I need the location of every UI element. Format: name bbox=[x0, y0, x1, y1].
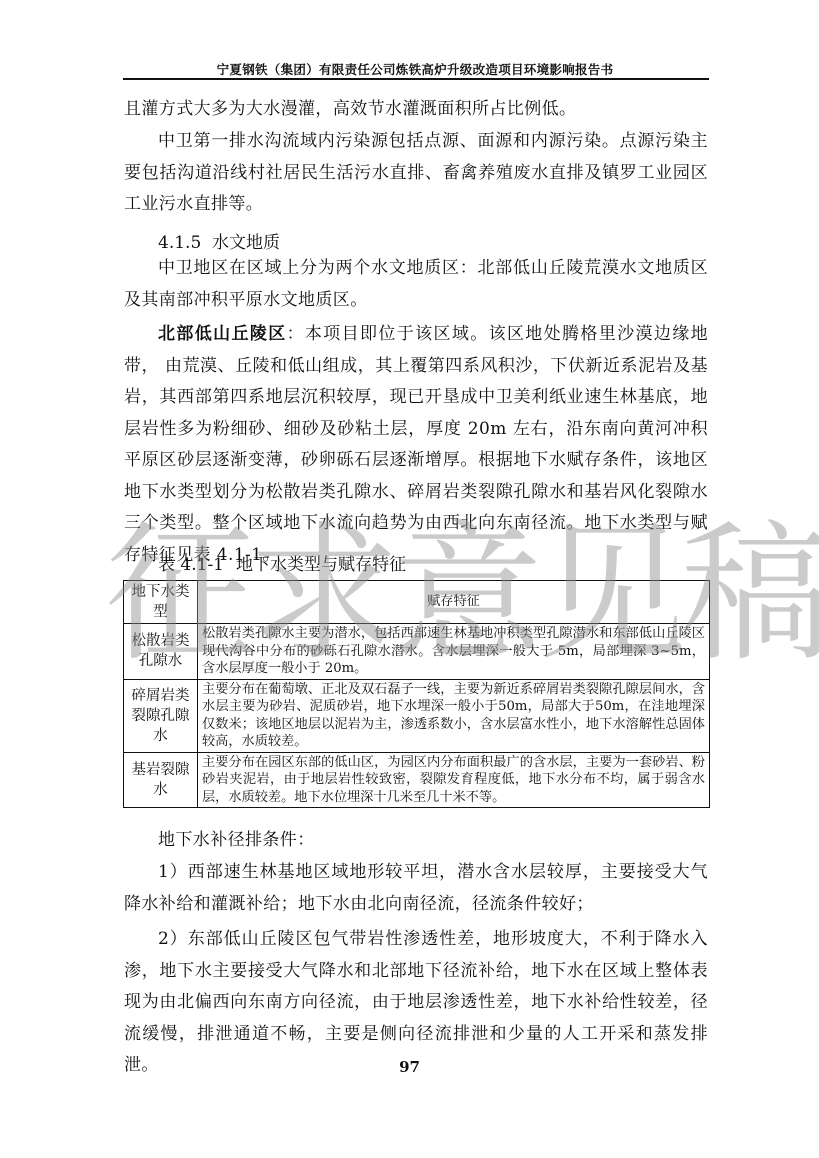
cell-type: 基岩裂隙水 bbox=[124, 752, 198, 808]
cell-feature: 主要分布在园区东部的低山区，为园区内分布面积最广的含水层，主要为一套砂岩、粉砂岩… bbox=[198, 752, 710, 808]
header-feature: 赋存特征 bbox=[198, 581, 710, 624]
table-caption: 表 4.1-1地下水类型与赋存特征 bbox=[158, 550, 406, 575]
table-caption-title: 地下水类型与赋存特征 bbox=[236, 555, 406, 575]
header-rule bbox=[123, 78, 709, 80]
table-row: 基岩裂隙水 主要分布在园区东部的低山区，为园区内分布面积最广的含水层，主要为一套… bbox=[124, 752, 710, 808]
paragraph-pollution-sources: 中卫第一排水沟流域内污染源包括点源、面源和内源污染。点源污染主要包括沟道沿线村社… bbox=[124, 126, 708, 221]
groundwater-table: 地下水类型 赋存特征 松散岩类孔隙水 松散岩类孔隙水主要为潜水，包括西部速生林基… bbox=[123, 580, 710, 808]
paragraph-recharge-heading: 地下水补径排条件： bbox=[124, 825, 708, 857]
table-caption-number: 表 4.1-1 bbox=[158, 550, 236, 575]
header-type: 地下水类型 bbox=[124, 581, 198, 624]
paragraph-body: ：本项目即位于该区域。该区地处腾格里沙漠边缘地带， 由荒漠、丘陵和低山组成，其上… bbox=[124, 324, 708, 565]
cell-type: 松散岩类孔隙水 bbox=[124, 624, 198, 680]
paragraph-irrigation: 且灌方式大多为大水漫灌，高效节水灌溉面积所占比例低。 bbox=[124, 94, 708, 126]
page-number: 97 bbox=[0, 1058, 819, 1076]
table-header-row: 地下水类型 赋存特征 bbox=[124, 581, 710, 624]
document-header: 宁夏钢铁（集团）有限责任公司炼铁高炉升级改造项目环境影响报告书 bbox=[124, 60, 706, 78]
cell-feature: 松散岩类孔隙水主要为潜水，包括西部速生林基地冲积类型孔隙潜水和东部低山丘陵区现代… bbox=[198, 624, 710, 680]
table-row: 松散岩类孔隙水 松散岩类孔隙水主要为潜水，包括西部速生林基地冲积类型孔隙潜水和东… bbox=[124, 624, 710, 680]
section-heading: 4.1.5水文地质 bbox=[158, 228, 280, 253]
paragraph-recharge-west: 1）西部速生林基地区域地形较平坦，潜水含水层较厚，主要接受大气降水补给和灌溉补给… bbox=[124, 857, 708, 920]
paragraph-northern-hills: 北部低山丘陵区：本项目即位于该区域。该区地处腾格里沙漠边缘地带， 由荒漠、丘陵和… bbox=[124, 319, 708, 571]
cell-feature: 主要分布在葡萄墩、正北及双石磊子一线，主要为新近系碎屑岩类裂隙孔隙层间水，含水层… bbox=[198, 679, 710, 752]
paragraph-lead: 北部低山丘陵区 bbox=[158, 324, 287, 344]
section-title: 水文地质 bbox=[212, 233, 280, 253]
table-row: 碎屑岩类裂隙孔隙水 主要分布在葡萄墩、正北及双石磊子一线，主要为新近系碎屑岩类裂… bbox=[124, 679, 710, 752]
cell-type: 碎屑岩类裂隙孔隙水 bbox=[124, 679, 198, 752]
section-number: 4.1.5 bbox=[158, 233, 212, 253]
paragraph-hydrogeology-zones: 中卫地区在区域上分为两个水文地质区：北部低山丘陵荒漠水文地质区及其南部冲积平原水… bbox=[124, 253, 708, 316]
